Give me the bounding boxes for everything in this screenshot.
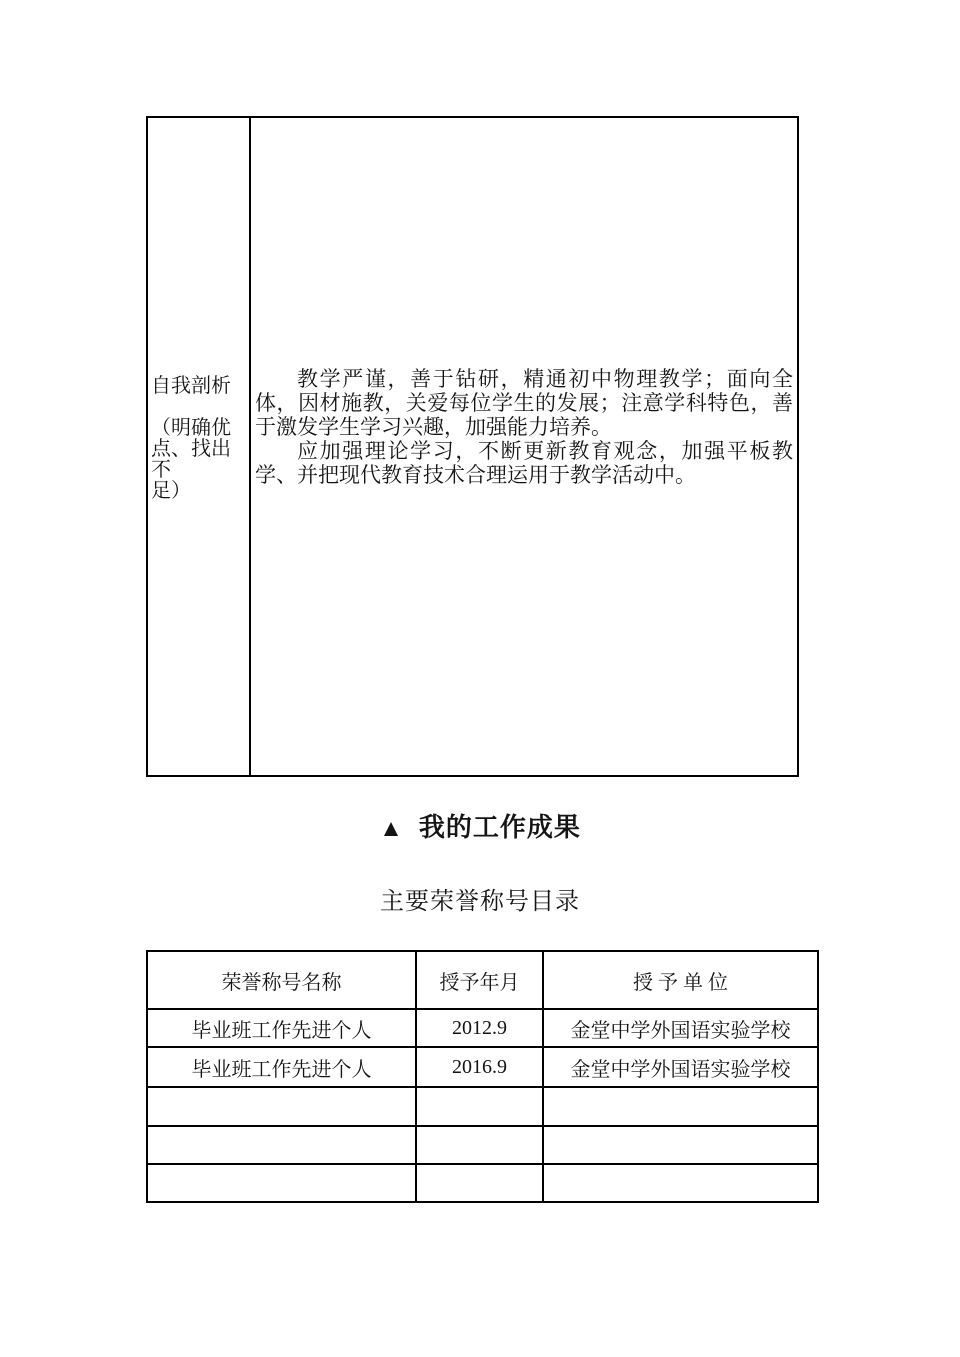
table-row [147,1164,818,1202]
self-analysis-content-cell: 教学严谨，善于钻研，精通初中物理教学；面向全体，因材施教，关爱每位学生的发展；注… [250,117,798,776]
self-analysis-note: （明确优 点、找出不 足） [151,418,248,502]
table-row [147,1126,818,1164]
honors-header-row: 荣誉称号名称 授予年月 授 予 单 位 [147,951,818,1009]
award-date-cell [416,1164,543,1202]
self-analysis-label: 自我剖析 [151,376,248,397]
award-unit-cell [543,1126,818,1164]
self-analysis-row: 自我剖析 （明确优 点、找出不 足） 教学严谨，善于钻研，精通初中物理教学；面向… [147,117,798,776]
award-unit-cell [543,1087,818,1126]
self-analysis-table: 自我剖析 （明确优 点、找出不 足） 教学严谨，善于钻研，精通初中物理教学；面向… [146,116,799,777]
award-unit-cell [543,1164,818,1202]
table-row [147,1087,818,1126]
section-title-text: 我的工作成果 [419,813,581,842]
award-date-cell: 2016.9 [416,1047,543,1087]
table-row: 毕业班工作先进个人 2016.9 金堂中学外国语实验学校 [147,1047,818,1087]
header-honor-name: 荣誉称号名称 [147,951,416,1009]
triangle-icon: ▲ [379,812,404,846]
honor-name-cell [147,1126,416,1164]
award-date-cell: 2012.9 [416,1009,543,1047]
award-unit-cell: 金堂中学外国语实验学校 [543,1009,818,1047]
note-line-3: 足） [151,481,248,502]
self-analysis-label-cell: 自我剖析 （明确优 点、找出不 足） [147,117,250,776]
honors-table: 荣誉称号名称 授予年月 授 予 单 位 毕业班工作先进个人 2012.9 金堂中… [146,950,819,1203]
note-line-1: （明确优 [151,418,248,439]
honor-name-cell: 毕业班工作先进个人 [147,1047,416,1087]
award-date-cell [416,1087,543,1126]
section-title: ▲我的工作成果 [0,811,960,846]
improvement-paragraph: 应加强理论学习，不断更新教育观念，加强平板教学、并把现代教育技术合理运用于教学活… [255,439,793,487]
header-award-date: 授予年月 [416,951,543,1009]
strengths-paragraph: 教学严谨，善于钻研，精通初中物理教学；面向全体，因材施教，关爱每位学生的发展；注… [255,367,793,439]
award-unit-cell: 金堂中学外国语实验学校 [543,1047,818,1087]
header-award-unit: 授 予 单 位 [543,951,818,1009]
honor-name-cell [147,1164,416,1202]
table-row: 毕业班工作先进个人 2012.9 金堂中学外国语实验学校 [147,1009,818,1047]
honor-name-cell: 毕业班工作先进个人 [147,1009,416,1047]
honor-name-cell [147,1087,416,1126]
award-date-cell [416,1126,543,1164]
document-page: 自我剖析 （明确优 点、找出不 足） 教学严谨，善于钻研，精通初中物理教学；面向… [0,0,960,1357]
note-line-2: 点、找出不 [151,439,248,481]
honors-subtitle: 主要荣誉称号目录 [0,887,960,917]
